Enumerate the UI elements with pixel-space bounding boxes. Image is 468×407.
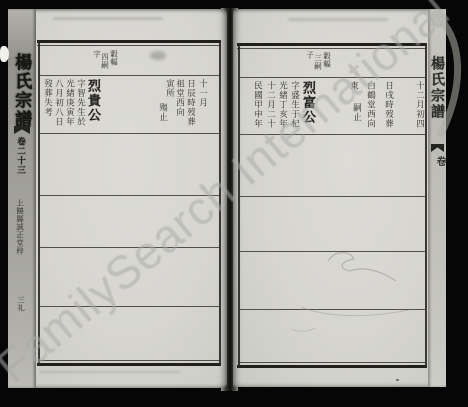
paper-tear bbox=[0, 46, 9, 62]
detail-column: 歿葬失考 bbox=[43, 79, 52, 117]
frame-bottom-border bbox=[37, 363, 221, 366]
left-spine-page-mark: 三礼 bbox=[17, 296, 25, 312]
row-rule bbox=[38, 133, 220, 134]
frame-bottom-inner-line bbox=[38, 360, 220, 361]
detail-column: 字智先生於 bbox=[76, 79, 85, 127]
detail-column: 八月初八日 bbox=[54, 79, 63, 127]
frame-top-inner-line bbox=[37, 45, 221, 46]
row-rule bbox=[38, 75, 220, 76]
detail-column: 寅所 bbox=[165, 79, 174, 98]
paper-streak bbox=[40, 371, 180, 373]
entry-name: 烈貴公 bbox=[86, 79, 99, 123]
detail-column: 祖堂西向 bbox=[175, 79, 184, 117]
header-column: 轂輻 bbox=[110, 50, 118, 66]
header-column: 四嗣 bbox=[101, 53, 109, 69]
paper-streak bbox=[288, 18, 388, 21]
detail-column: 日辰時歿葬 bbox=[186, 79, 195, 127]
paper-streak bbox=[53, 17, 163, 20]
detail-column: 十一月 bbox=[198, 79, 207, 108]
left-spine-title: 楊氏宗譜 bbox=[12, 53, 29, 129]
scanned-genealogy-spread: 楊氏宗譜 卷二十三 上饒縣誠正堂梓 三礼 轂輻 四嗣 字 烈貴公 字智先生於 光… bbox=[0, 0, 468, 407]
left-spine-volume: 卷二十三 bbox=[16, 137, 25, 175]
paper-speck bbox=[396, 379, 399, 381]
frame-top-border bbox=[37, 40, 221, 43]
detail-column: 光緒庚寅年 bbox=[65, 79, 74, 127]
lineage-end-mark: 殤止 bbox=[158, 103, 167, 122]
ink-smudge bbox=[150, 51, 166, 60]
header-column: 字 bbox=[93, 50, 101, 58]
fishtail-mark bbox=[14, 126, 30, 134]
left-spine-colophon: 上饒縣誠正堂梓 bbox=[16, 199, 24, 255]
